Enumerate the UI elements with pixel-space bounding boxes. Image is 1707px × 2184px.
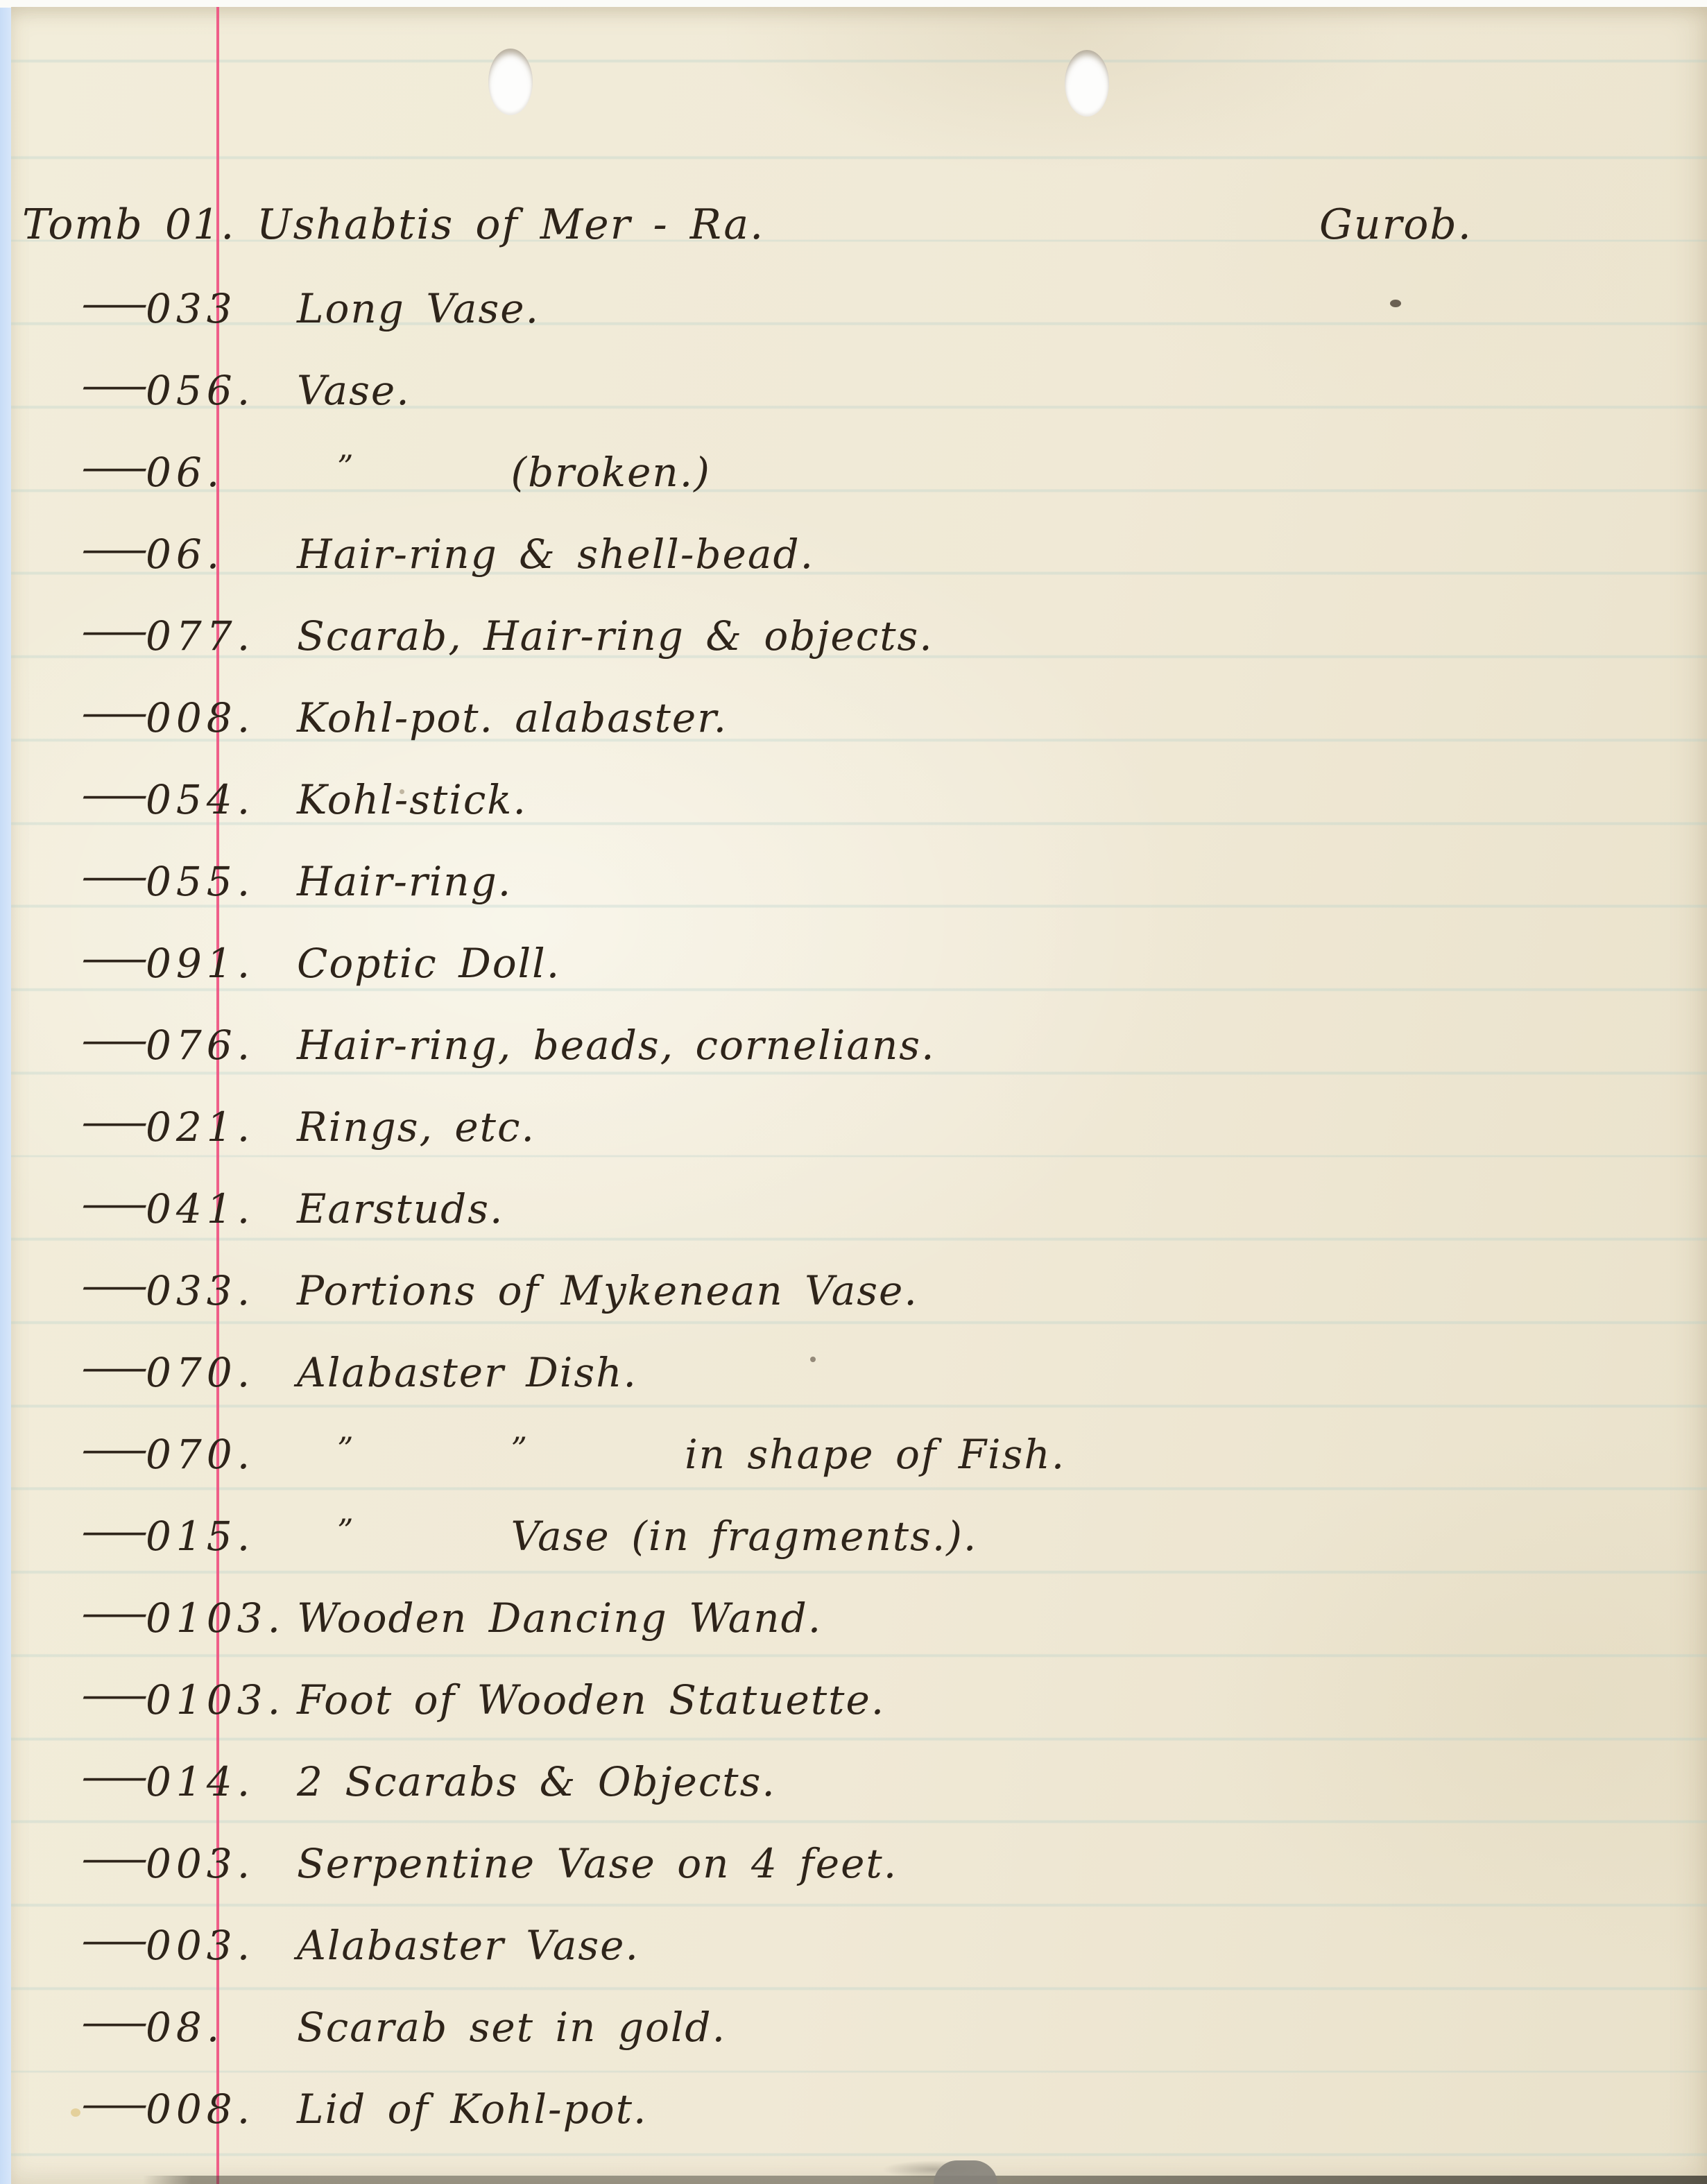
paper-stain	[71, 2108, 80, 2117]
entry-description: Vase.	[297, 350, 411, 431]
entry-description: Hair-ring & shell-bead.	[297, 513, 814, 595]
entry-row: — 0103. Foot of Wooden Statuette.	[11, 1659, 1707, 1741]
entry-description: Rings, etc.	[297, 1086, 535, 1168]
entry-number: 0103.	[146, 1577, 285, 1659]
entry-row: — 041. Earstuds.	[11, 1168, 1707, 1250]
entry-text: Alabaster Dish.	[297, 1332, 637, 1413]
entry-row: — 091. Coptic Doll.	[11, 922, 1707, 1004]
entry-row: — 06. Hair-ring & shell-bead.	[11, 513, 1707, 595]
entry-number: 06.	[146, 431, 224, 513]
entry-dash: —	[80, 262, 151, 344]
entry-text: Hair-ring & shell-bead.	[297, 513, 814, 595]
entry-number: 055.	[146, 841, 255, 922]
page-header: Tomb 01. Ushabtis of Mer - Ra. Gurob.	[11, 179, 1707, 270]
entry-text: 2 Scarabs & Objects.	[297, 1741, 776, 1823]
entry-text: Foot of Wooden Statuette.	[297, 1659, 885, 1741]
entry-text: Earstuds.	[297, 1168, 504, 1250]
entry-number: 0103.	[146, 1659, 285, 1741]
entry-description: ””in shape of Fish.	[297, 1413, 1065, 1498]
entry-dash: —	[80, 1653, 151, 1735]
entry-dash: —	[80, 1490, 151, 1572]
entry-number: 008.	[146, 677, 255, 759]
entry-text: Scarab set in gold.	[297, 1986, 726, 2068]
entry-dash: —	[80, 590, 151, 671]
entry-dash: —	[80, 508, 151, 590]
entry-dash: —	[80, 344, 151, 426]
paper-speck	[400, 789, 404, 794]
entry-dash: —	[80, 2063, 151, 2144]
entry-dash: —	[80, 426, 151, 508]
punch-hole-left	[488, 49, 533, 115]
entry-number: 056.	[146, 350, 255, 431]
entry-text: Lid of Kohl-pot.	[297, 2068, 647, 2150]
entry-description: Hair-ring, beads, cornelians.	[297, 1004, 936, 1086]
entry-text: Coptic Doll.	[297, 922, 560, 1004]
punch-hole-right	[1065, 50, 1109, 117]
entry-dash: —	[80, 1244, 151, 1326]
entry-description: 2 Scarabs & Objects.	[297, 1741, 776, 1823]
paper-sheet: Tomb 01. Ushabtis of Mer - Ra. Gurob. — …	[11, 7, 1707, 2184]
entry-row: — 033. Portions of Mykenean Vase.	[11, 1250, 1707, 1332]
entry-text: Vase (in fragments.).	[511, 1495, 978, 1577]
entry-row: — 0103. Wooden Dancing Wand.	[11, 1577, 1707, 1659]
ink-speck	[1390, 300, 1401, 307]
entry-description: Lid of Kohl-pot.	[297, 2068, 647, 2150]
entry-dash: —	[80, 671, 151, 753]
entry-dash: —	[80, 1408, 151, 1490]
entry-dash: —	[80, 1162, 151, 1244]
entry-description: ”Vase (in fragments.).	[297, 1495, 977, 1580]
entry-description: Serpentine Vase on 4 feet.	[297, 1823, 898, 1904]
entry-description: Hair-ring.	[297, 841, 512, 922]
entry-number: 08.	[146, 1986, 224, 2068]
entry-number: 021.	[146, 1086, 255, 1168]
entry-dash: —	[80, 917, 151, 999]
entry-text: Portions of Mykenean Vase.	[297, 1250, 918, 1332]
entry-text: in shape of Fish.	[685, 1413, 1065, 1495]
entry-number: 054.	[146, 759, 255, 841]
entries-list: — 033 Long Vase. — 056. Vase. — 06. ”(br…	[11, 268, 1707, 2150]
entry-number: 003.	[146, 1904, 255, 1986]
entry-text: Scarab, Hair-ring & objects.	[297, 595, 934, 677]
entry-row: — 076. Hair-ring, beads, cornelians.	[11, 1004, 1707, 1086]
entry-number: 091.	[146, 922, 255, 1004]
entry-row: — 008. Lid of Kohl-pot.	[11, 2068, 1707, 2150]
entry-number: 008.	[146, 2068, 255, 2150]
entry-dash: —	[80, 1899, 151, 1981]
entry-row: — 054. Kohl-stick.	[11, 759, 1707, 841]
entry-text: Hair-ring, beads, cornelians.	[297, 1004, 936, 1086]
entry-description: Scarab set in gold.	[297, 1986, 726, 2068]
entry-dash: —	[80, 835, 151, 917]
entry-row: — 003. Alabaster Vase.	[11, 1904, 1707, 1986]
entry-number: 070.	[146, 1413, 255, 1495]
entry-row: — 003. Serpentine Vase on 4 feet.	[11, 1823, 1707, 1904]
entry-row: — 014. 2 Scarabs & Objects.	[11, 1741, 1707, 1823]
entry-dash: —	[80, 1735, 151, 1817]
header-description: Ushabtis of Mer - Ra.	[257, 179, 764, 270]
ditto-mark: ”	[337, 426, 355, 508]
entry-text: Rings, etc.	[297, 1086, 535, 1168]
entry-row: — 021. Rings, etc.	[11, 1086, 1707, 1168]
entry-number: 06.	[146, 513, 224, 595]
entry-number: 014.	[146, 1741, 255, 1823]
entry-row: — 008. Kohl-pot. alabaster.	[11, 677, 1707, 759]
entry-description: Portions of Mykenean Vase.	[297, 1250, 918, 1332]
entry-dash: —	[80, 1817, 151, 1899]
entry-description: Kohl-pot. alabaster.	[297, 677, 728, 759]
entry-row: — 055. Hair-ring.	[11, 841, 1707, 922]
entry-text: Kohl-pot. alabaster.	[297, 677, 728, 759]
ditto-mark: ”	[511, 1408, 529, 1490]
entry-description: Scarab, Hair-ring & objects.	[297, 595, 934, 677]
entry-row: — 08. Scarab set in gold.	[11, 1986, 1707, 2068]
entry-text: Serpentine Vase on 4 feet.	[297, 1823, 898, 1904]
entry-row: — 077. Scarab, Hair-ring & objects.	[11, 595, 1707, 677]
tomb-label: Tomb 01.	[22, 179, 235, 270]
entry-description: Alabaster Dish.	[297, 1332, 637, 1413]
entry-description: Coptic Doll.	[297, 922, 560, 1004]
entry-number: 077.	[146, 595, 255, 677]
scanned-page: Tomb 01. Ushabtis of Mer - Ra. Gurob. — …	[0, 0, 1707, 2184]
paper-bottom-edge	[143, 2176, 1707, 2184]
entry-number: 041.	[146, 1168, 255, 1250]
entry-dash: —	[80, 1572, 151, 1653]
entry-number: 070.	[146, 1332, 255, 1413]
entry-number: 076.	[146, 1004, 255, 1086]
entry-text: Kohl-stick.	[297, 759, 527, 841]
entry-dash: —	[80, 1326, 151, 1408]
entry-row: — 015. ”Vase (in fragments.).	[11, 1495, 1707, 1577]
entry-number: 033.	[146, 1250, 255, 1332]
entry-text: Alabaster Vase.	[297, 1904, 640, 1986]
entry-text: (broken.)	[511, 431, 711, 513]
ditto-mark: ”	[337, 1408, 355, 1490]
entry-text: Vase.	[297, 350, 411, 431]
entry-row: — 06. ”(broken.)	[11, 431, 1707, 513]
entry-description: ”(broken.)	[297, 431, 711, 516]
entry-dash: —	[80, 753, 151, 835]
entry-text: Wooden Dancing Wand.	[297, 1577, 822, 1659]
entry-description: Foot of Wooden Statuette.	[297, 1659, 885, 1741]
entry-description: Alabaster Vase.	[297, 1904, 640, 1986]
entry-row: — 070. Alabaster Dish.	[11, 1332, 1707, 1413]
entry-row: — 056. Vase.	[11, 350, 1707, 431]
site-label: Gurob.	[1319, 179, 1473, 270]
entry-text: Long Vase.	[297, 268, 540, 350]
entry-dash: —	[80, 1981, 151, 2063]
entry-row: — 070. ””in shape of Fish.	[11, 1413, 1707, 1495]
entry-description: Kohl-stick.	[297, 759, 527, 841]
entry-description: Earstuds.	[297, 1168, 504, 1250]
entry-text: Hair-ring.	[297, 841, 512, 922]
entry-number: 003.	[146, 1823, 255, 1904]
entry-dash: —	[80, 999, 151, 1081]
ditto-mark: ”	[337, 1490, 355, 1572]
entry-number: 015.	[146, 1495, 255, 1577]
entry-dash: —	[80, 1081, 151, 1162]
entry-number: 033	[146, 268, 237, 350]
entry-row: — 033 Long Vase.	[11, 268, 1707, 350]
entry-description: Wooden Dancing Wand.	[297, 1577, 822, 1659]
entry-description: Long Vase.	[297, 268, 540, 350]
ink-speck	[810, 1357, 816, 1362]
